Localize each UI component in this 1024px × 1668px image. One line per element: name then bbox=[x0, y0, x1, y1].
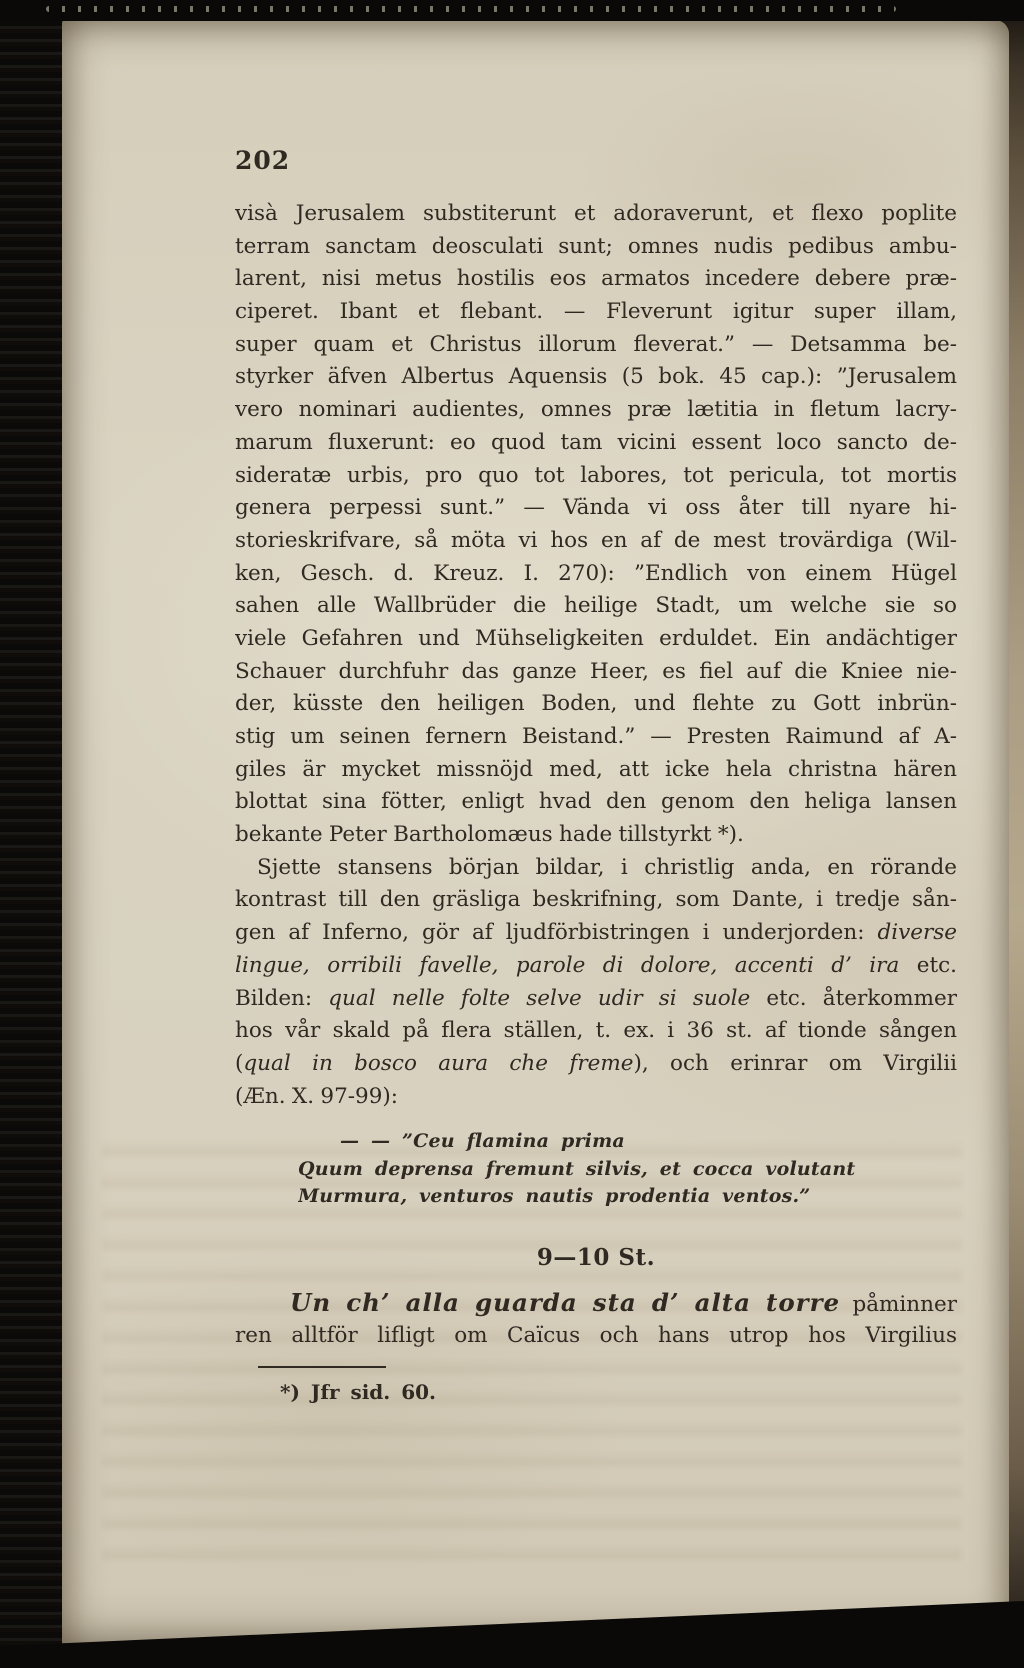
text-line: Schauer durchfuhr das ganze Heer, es fie… bbox=[235, 656, 957, 689]
text-line: viele Gefahren und Mühseligkeiten erduld… bbox=[235, 623, 957, 656]
text-segment: viele Gefahren und Mühseligkeiten erduld… bbox=[235, 626, 957, 651]
text-segment: sahen alle Wallbrüder die heilige Stadt,… bbox=[235, 593, 957, 618]
scanned-book-photo: { "page": { "number": "202" }, "heading"… bbox=[0, 0, 1024, 1668]
text-line: Sjette stansens början bildar, i christl… bbox=[235, 852, 957, 885]
text-line: Un ch’ alla guarda sta d’ alta torre påm… bbox=[235, 1286, 957, 1319]
text-line: terram sanctam deosculati sunt; omnes nu… bbox=[235, 231, 957, 264]
text-segment: vero nominari audientes, omnes præ lætit… bbox=[235, 397, 957, 422]
text-line: stig um seinen fernern Beistand.” — Pres… bbox=[235, 721, 957, 754]
text-segment: larent, nisi metus hostilis eos armatos … bbox=[235, 266, 957, 291]
text-segment: giles är mycket missnöjd med, att icke h… bbox=[235, 757, 957, 782]
text-segment: — — ”Ceu flamina prima bbox=[340, 1130, 625, 1152]
text-line: giles är mycket missnöjd med, att icke h… bbox=[235, 754, 957, 787]
text-line: sahen alle Wallbrüder die heilige Stadt,… bbox=[235, 590, 957, 623]
text-line: der, küsste den heiligen Boden, und fleh… bbox=[235, 688, 957, 721]
text-segment: ciperet. Ibant et flebant. — Fleverunt i… bbox=[235, 299, 957, 324]
verse-quote: — — ”Ceu flamina primaQuum deprensa frem… bbox=[298, 1128, 858, 1211]
text-segment: blottat sina fötter, enligt hvad den gen… bbox=[235, 789, 957, 814]
text-line: Murmura, venturos nautis prodentia vento… bbox=[298, 1183, 858, 1211]
text-line: kontrast till den gräsliga beskrifning, … bbox=[235, 884, 957, 917]
text-line: ken, Gesch. d. Kreuz. I. 270): ”Endlich … bbox=[235, 558, 957, 591]
text-segment: lingue, orribili favelle, parole di dolo… bbox=[235, 953, 917, 978]
text-segment: ken, Gesch. d. Kreuz. I. 270): ”Endlich … bbox=[235, 561, 957, 586]
text-segment: styrker äfven Albertus Aquensis (5 bok. … bbox=[235, 364, 957, 389]
text-line: larent, nisi metus hostilis eos armatos … bbox=[235, 263, 957, 296]
text-segment: Un ch’ alla guarda sta d’ alta torre bbox=[290, 1288, 840, 1317]
text-segment: sideratæ urbis, pro quo tot labores, tot… bbox=[235, 463, 957, 488]
text-line: visà Jerusalem substiterunt et adoraveru… bbox=[235, 198, 957, 231]
book-page: 202 visà Jerusalem substiterunt et adora… bbox=[62, 20, 1009, 1646]
text-line: super quam et Christus illorum fleverat.… bbox=[235, 329, 957, 362]
text-segment: Bilden: bbox=[235, 986, 328, 1011]
text-segment: Sjette stansens början bildar, i christl… bbox=[257, 855, 957, 880]
text-line: lingue, orribili favelle, parole di dolo… bbox=[235, 950, 957, 983]
text-line: ciperet. Ibant et flebant. — Fleverunt i… bbox=[235, 296, 957, 329]
text-segment: hos vår skald på flera ställen, t. ex. i… bbox=[235, 1018, 957, 1043]
text-segment: ren alltför lifligt om Caïcus och hans u… bbox=[235, 1323, 957, 1348]
text-segment: qual nelle folte selve udir si suole bbox=[328, 986, 766, 1011]
page-number: 202 bbox=[235, 146, 290, 175]
text-segment: stig um seinen fernern Beistand.” — Pres… bbox=[235, 724, 957, 749]
text-segment: storieskrifvare, så möta vi hos en af de… bbox=[235, 528, 957, 553]
text-line: marum fluxerunt: eo quod tam vicini esse… bbox=[235, 427, 957, 460]
text-segment: Quum deprensa fremunt silvis, et cocca v… bbox=[298, 1158, 855, 1180]
text-line: (Æn. X. 97-99): bbox=[235, 1081, 957, 1114]
body-text: visà Jerusalem substiterunt et adoraveru… bbox=[235, 198, 957, 1113]
text-segment: terram sanctam deosculati sunt; omnes nu… bbox=[235, 234, 957, 259]
text-segment: marum fluxerunt: eo quod tam vicini esse… bbox=[235, 430, 957, 455]
text-segment: gen af Inferno, gör af ljudförbistringen… bbox=[235, 920, 877, 945]
text-line: bekante Peter Bartholomæus hade tillstyr… bbox=[235, 819, 957, 852]
text-segment: genera perpessi sunt.” — Vända vi oss åt… bbox=[235, 495, 957, 520]
text-line: hos vår skald på flera ställen, t. ex. i… bbox=[235, 1015, 957, 1048]
text-line: styrker äfven Albertus Aquensis (5 bok. … bbox=[235, 361, 957, 394]
text-segment: Murmura, venturos nautis prodentia vento… bbox=[298, 1185, 810, 1207]
closing-paragraph: Un ch’ alla guarda sta d’ alta torre påm… bbox=[235, 1286, 957, 1352]
text-segment: Schauer durchfuhr das ganze Heer, es fie… bbox=[235, 659, 957, 684]
text-line: storieskrifvare, så möta vi hos en af de… bbox=[235, 525, 957, 558]
text-segment: (Æn. X. 97-99): bbox=[235, 1084, 398, 1109]
book-page-stack-edge bbox=[0, 0, 66, 1668]
text-line: genera perpessi sunt.” — Vända vi oss åt… bbox=[235, 492, 957, 525]
text-segment: ), och erinrar om Virgilii bbox=[633, 1051, 957, 1076]
footnote: *) Jfr sid. 60. bbox=[280, 1380, 436, 1404]
text-segment: etc. återkommer bbox=[766, 986, 957, 1011]
text-line: — — ”Ceu flamina prima bbox=[298, 1128, 858, 1156]
text-segment: etc. bbox=[917, 953, 957, 978]
text-line: gen af Inferno, gör af ljudförbistringen… bbox=[235, 917, 957, 950]
section-heading: 9—10 St. bbox=[235, 1244, 957, 1271]
text-segment: diverse bbox=[877, 920, 957, 945]
text-line: Quum deprensa fremunt silvis, et cocca v… bbox=[298, 1156, 858, 1184]
text-line: Bilden: qual nelle folte selve udir si s… bbox=[235, 983, 957, 1016]
text-segment: visà Jerusalem substiterunt et adoraveru… bbox=[235, 201, 957, 226]
text-line: (qual in bosco aura che freme), och erin… bbox=[235, 1048, 957, 1081]
text-segment: super quam et Christus illorum fleverat.… bbox=[235, 332, 957, 357]
text-line: blottat sina fötter, enligt hvad den gen… bbox=[235, 786, 957, 819]
binding-stitches bbox=[46, 6, 896, 12]
text-segment: kontrast till den gräsliga beskrifning, … bbox=[235, 887, 957, 912]
text-segment: qual in bosco aura che freme bbox=[243, 1051, 633, 1076]
text-line: vero nominari audientes, omnes præ lætit… bbox=[235, 394, 957, 427]
text-line: ren alltför lifligt om Caïcus och hans u… bbox=[235, 1319, 957, 1352]
text-segment: der, küsste den heiligen Boden, und fleh… bbox=[235, 691, 957, 716]
text-segment: bekante Peter Bartholomæus hade tillstyr… bbox=[235, 822, 744, 847]
text-line: sideratæ urbis, pro quo tot labores, tot… bbox=[235, 460, 957, 493]
footnote-separator-rule bbox=[258, 1366, 386, 1368]
